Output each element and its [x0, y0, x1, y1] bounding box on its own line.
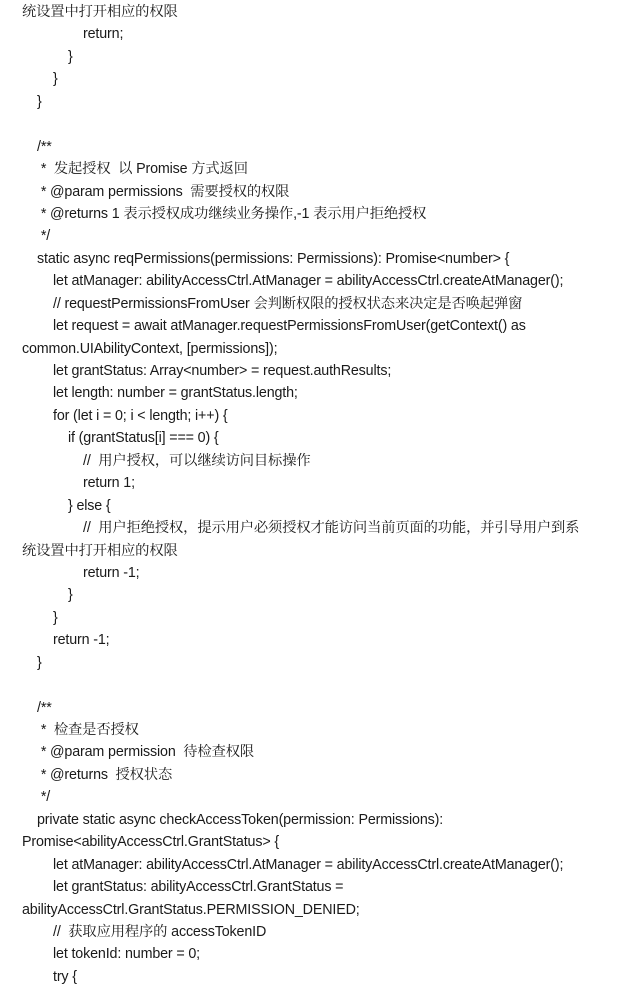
- code-line: // requestPermissionsFromUser 会判断权限的授权状态…: [0, 293, 640, 315]
- code-line: }: [0, 46, 640, 68]
- code-line: static async reqPermissions(permissions:…: [0, 248, 640, 270]
- code-line: } else {: [0, 495, 640, 517]
- code-line: * 发起授权 以 Promise 方式返回: [0, 158, 640, 180]
- code-line: let grantStatus: Array<number> = request…: [0, 360, 640, 382]
- code-line: return 1;: [0, 472, 640, 494]
- code-line: }: [0, 607, 640, 629]
- blank-line: [0, 674, 640, 696]
- code-line: 统设置中打开相应的权限: [0, 1, 640, 23]
- code-line: /**: [0, 697, 640, 719]
- code-line: * @returns 授权状态: [0, 764, 640, 786]
- code-line: */: [0, 225, 640, 247]
- code-line: 统设置中打开相应的权限: [0, 540, 640, 562]
- code-line: }: [0, 652, 640, 674]
- code-line: // 用户授权，可以继续访问目标操作: [0, 450, 640, 472]
- code-line: let atManager: abilityAccessCtrl.AtManag…: [0, 270, 640, 292]
- code-line: private static async checkAccessToken(pe…: [0, 809, 640, 831]
- code-line: * @returns 1 表示授权成功继续业务操作,-1 表示用户拒绝授权: [0, 203, 640, 225]
- code-line: }: [0, 584, 640, 606]
- code-line: return;: [0, 23, 640, 45]
- code-line: abilityAccessCtrl.GrantStatus.PERMISSION…: [0, 899, 640, 921]
- code-line: let tokenId: number = 0;: [0, 943, 640, 965]
- code-line: // 获取应用程序的 accessTokenID: [0, 921, 640, 943]
- code-line: }: [0, 91, 640, 113]
- code-line: * 检查是否授权: [0, 719, 640, 741]
- code-line: return -1;: [0, 562, 640, 584]
- code-line: return -1;: [0, 629, 640, 651]
- code-line: try {: [0, 966, 640, 985]
- code-document: 统设置中打开相应的权限return;}}}/** * 发起授权 以 Promis…: [0, 1, 640, 985]
- code-line: for (let i = 0; i < length; i++) {: [0, 405, 640, 427]
- code-line: let grantStatus: abilityAccessCtrl.Grant…: [0, 876, 640, 898]
- code-line: common.UIAbilityContext, [permissions]);: [0, 338, 640, 360]
- code-line: * @param permission 待检查权限: [0, 741, 640, 763]
- code-line: let atManager: abilityAccessCtrl.AtManag…: [0, 854, 640, 876]
- code-line: if (grantStatus[i] === 0) {: [0, 427, 640, 449]
- code-line: Promise<abilityAccessCtrl.GrantStatus> {: [0, 831, 640, 853]
- blank-line: [0, 113, 640, 135]
- code-line: /**: [0, 136, 640, 158]
- code-line: }: [0, 68, 640, 90]
- code-line: let request = await atManager.requestPer…: [0, 315, 640, 337]
- code-line: // 用户拒绝授权，提示用户必须授权才能访问当前页面的功能，并引导用户到系: [0, 517, 640, 539]
- code-line: * @param permissions 需要授权的权限: [0, 181, 640, 203]
- code-line: let length: number = grantStatus.length;: [0, 382, 640, 404]
- code-line: */: [0, 786, 640, 808]
